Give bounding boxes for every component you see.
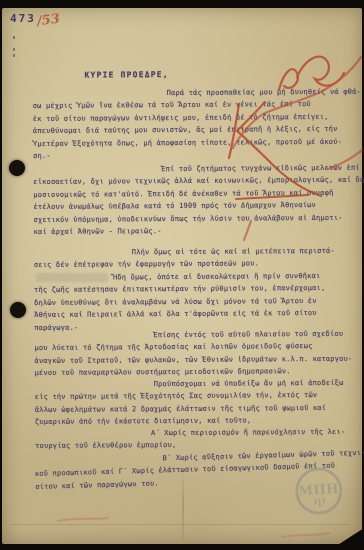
paragraph: Παρά τάς προσπαθείας μου μή δυνηθείς νά …: [33, 86, 356, 163]
paragraph: Ἐπί τοῦ ζητήματος τυγχάνω εἰδικῶς μελετῶ…: [33, 162, 356, 239]
paragraph: Προϋπόσχομαι νά ὑποδείξω ἄν μή καί ἀποδε…: [35, 377, 357, 429]
scanned-letter-page: { "document": { "reference_number": "473…: [0, 0, 364, 550]
text-line: ἄλλων ὠφελημάτων κατά 2 δραχμάς ἐλάττωσι…: [35, 402, 357, 417]
stamp-ornament: [315, 498, 324, 508]
text-line: ση.-: [33, 148, 355, 163]
text-line: ἀναγκῶν τοῦ Στρατοῦ, τῶν φυλακῶν, τῶν Ἐθ…: [34, 353, 356, 368]
ink-speck: [13, 54, 15, 57]
ink-speck: [13, 48, 15, 51]
paragraph: Ἐπίσης ἐντός τοῦ αὐτοῦ πλαισίου τοῦ σχεδ…: [34, 328, 356, 380]
salutation: ΚΥΡΙΕ ΠΡΟΕΔΡΕ,: [84, 69, 168, 82]
ink-speck: [13, 36, 15, 39]
punch-hole-bottom: [10, 302, 26, 318]
text-line: καί ἀρχαί Ἀθηνῶν - Πειραιῶς.-: [34, 224, 356, 239]
paragraph: Πλήν ὅμως αἱ τότε ὡς καί αἱ μετέπειτα πε…: [34, 245, 356, 272]
text-line: σχετικόν ὑπόμνημα, ὑποδεικνύων ὅπως τήν …: [33, 211, 355, 226]
paragraph: Ἤδη ὅμως, ὁπότε αἱ δυσκολώτεραι ἤ πρίν σ…: [34, 270, 356, 334]
punch-hole-top: [9, 160, 25, 176]
text-line: Ἀθήναις καί Πειραιεῖ ἀλλά καί ὅλα τ'ἀφορ…: [34, 307, 356, 322]
text-line: Ὑμετέραν Ἐξοχότητα ὅπως, μή ἀποφασίση τί…: [33, 135, 355, 150]
archive-stamp: ΜΠΗ: [289, 463, 349, 523]
stamp-monogram: ΜΠΗ: [298, 482, 339, 500]
